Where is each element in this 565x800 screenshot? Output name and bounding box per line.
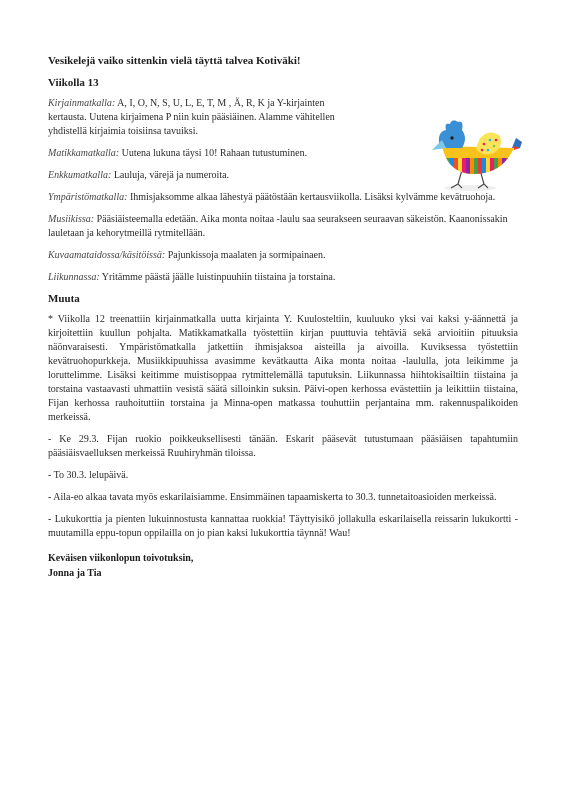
- other-paragraph: - Aila-eo alkaa tavata myös eskarilaisia…: [48, 491, 518, 505]
- subject-text: Pajunkissoja maalaten ja sormipainaen.: [165, 250, 325, 261]
- week-heading: Viikolla 13: [48, 77, 518, 89]
- signature: Jonna ja Tia: [48, 566, 518, 581]
- subject-label: Matikkamatkalla:: [48, 148, 119, 159]
- subject-label: Liikunnassa:: [48, 272, 100, 283]
- subject-label: Musiikissa:: [48, 214, 94, 225]
- other-paragraph: - Ke 29.3. Fijan ruokio poikkeuksellises…: [48, 433, 518, 461]
- other-heading: Muuta: [48, 293, 518, 305]
- subject-label: Kirjainmatkalla:: [48, 98, 115, 109]
- subject-paragraph: Matikkamatkalla: Uutena lukuna täysi 10!…: [48, 147, 358, 161]
- subject-paragraph: Kirjainmatkalla: A, I, O, N, S, U, L, E,…: [48, 97, 358, 139]
- other-paragraph: * Viikolla 12 treenattiin kirjainmatkall…: [48, 313, 518, 425]
- subject-paragraph: Kuvaamataidossa/käsitöissä: Pajunkissoja…: [48, 249, 518, 263]
- subject-paragraph: Musiikissa: Pääsiäisteemalla edetään. Ai…: [48, 213, 518, 241]
- other-paragraph: - To 30.3. lelupäivä.: [48, 469, 518, 483]
- colorful-bird-illustration: [418, 108, 528, 198]
- subject-text: Lauluja, värejä ja numeroita.: [111, 170, 229, 181]
- subject-label: Ympäristömatkalla:: [48, 192, 127, 203]
- subject-text: Uutena lukuna täysi 10! Rahaan tutustumi…: [119, 148, 307, 159]
- closing-greeting: Keväisen viikonlopun toivotuksin,: [48, 551, 518, 566]
- subject-paragraph: Liikunnassa: Yritämme päästä jäälle luis…: [48, 271, 518, 285]
- subject-text: Yritämme päästä jäälle luistinpuuhiin ti…: [100, 272, 336, 283]
- subject-text: Pääsiäisteemalla edetään. Aika monta noi…: [48, 214, 508, 239]
- subject-label: Kuvaamataidossa/käsitöissä:: [48, 250, 165, 261]
- other-paragraph: - Lukukorttia ja pienten lukuinnostusta …: [48, 513, 518, 541]
- document-title: Vesikelejä vaiko sittenkin vielä täyttä …: [48, 55, 518, 67]
- subject-label: Enkkumatkalla:: [48, 170, 111, 181]
